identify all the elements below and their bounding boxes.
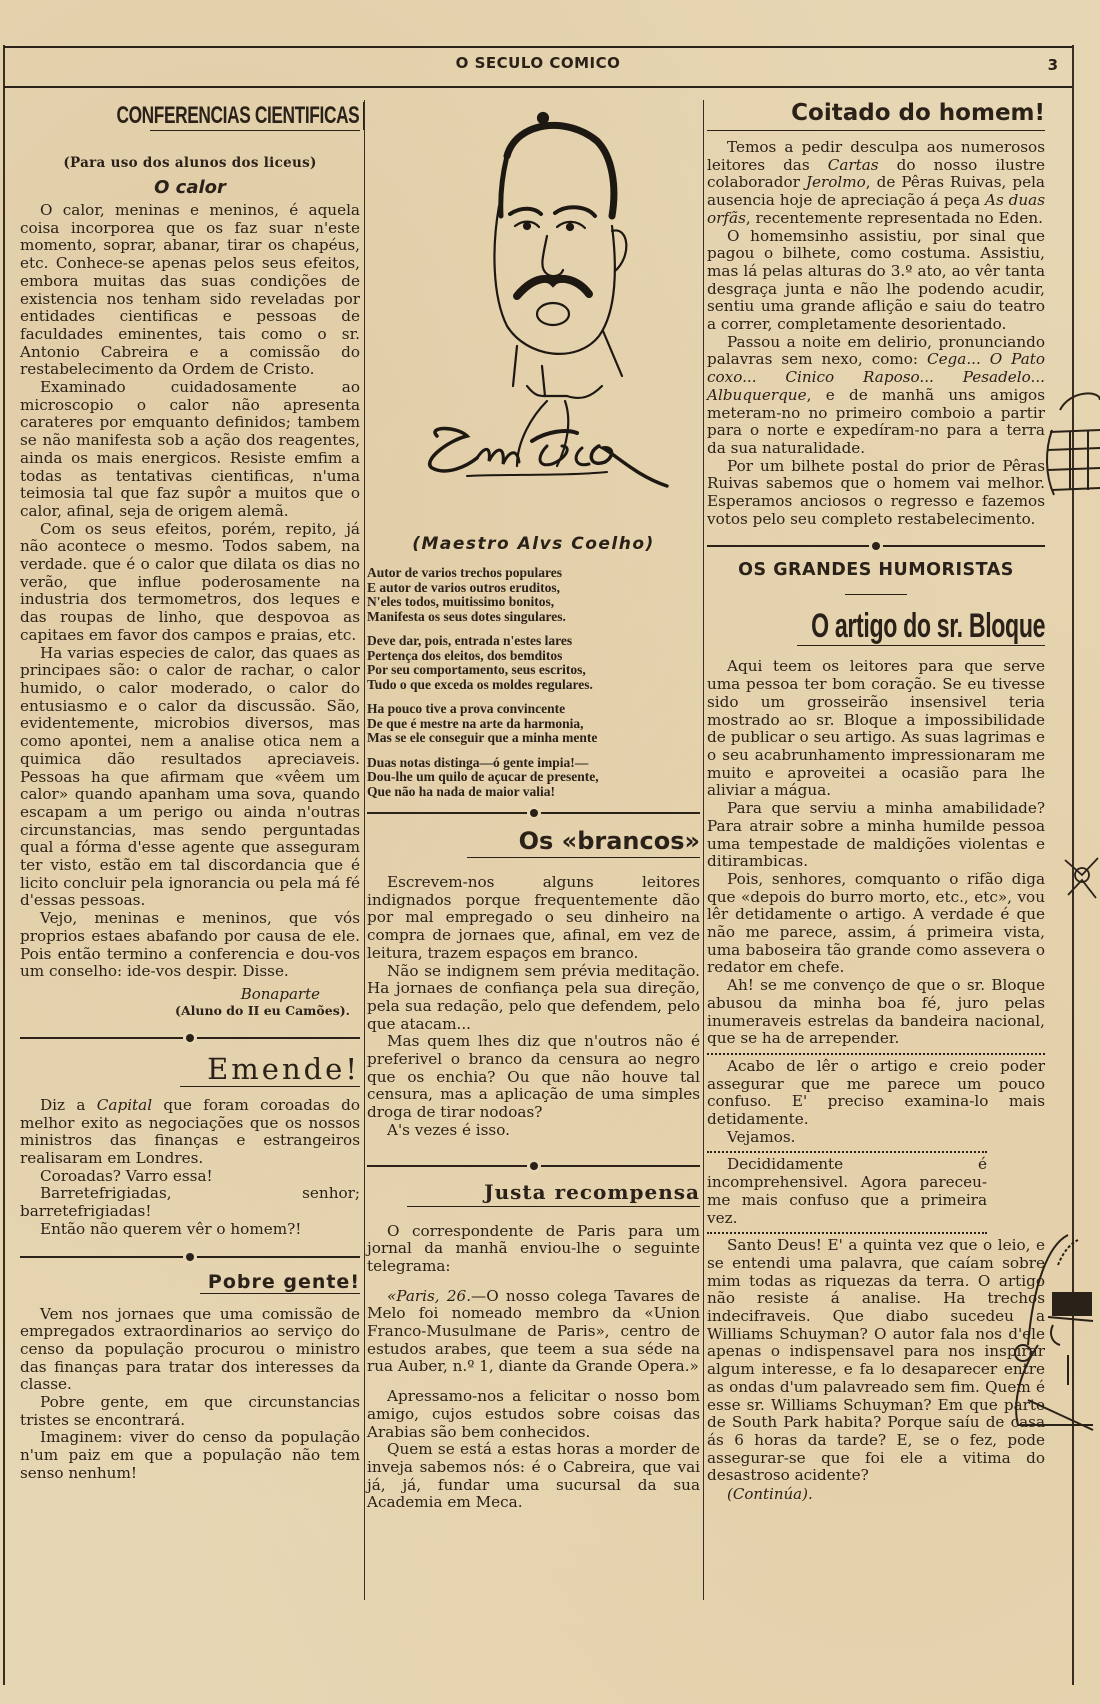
masthead: O SECULO COMICO 3: [0, 54, 1076, 80]
article-title: O artigo do sr. Bloque: [811, 607, 1045, 646]
poem: Autor de varios trechos populares E auto…: [367, 566, 700, 799]
article-conferencias: CONFERENCIAS CIENTIFICAS (Para uso dos a…: [20, 102, 360, 1018]
masthead-top-rule: [4, 46, 1072, 48]
middle-column: Em foco (Maestro Alvs Coelho) Autor de v…: [367, 96, 700, 1512]
barrel-illustration-icon: [1040, 390, 1100, 500]
paragraph: Vejo, meninas e meninos, que vós proprio…: [20, 910, 360, 981]
newspaper-name: Capital: [97, 1096, 152, 1114]
paragraph: Imaginem: viver do censo da população n'…: [20, 1429, 360, 1482]
author-note: (Aluno do II eu Camões).: [20, 1003, 360, 1018]
title-underline: [200, 1293, 360, 1294]
page-border-left: [3, 45, 5, 1685]
paragraph: Barretefrigiadas, senhor; barretefrigiad…: [20, 1185, 360, 1220]
paragraph: Vem nos jornaes que uma comissão de empr…: [20, 1306, 360, 1395]
article-pobre-gente: Pobre gente! Vem nos jornaes que uma com…: [20, 1271, 360, 1483]
paragraph: A's vezes é isso.: [367, 1122, 700, 1140]
title-underline: [407, 1206, 700, 1207]
svg-text:Em foco: Em foco: [367, 96, 433, 100]
section-title: OS GRANDES HUMORISTAS: [707, 560, 1045, 580]
article-title: Pobre gente!: [20, 1271, 360, 1293]
caricature-caption: (Maestro Alvs Coelho): [367, 534, 700, 554]
article-title: Os «brancos»: [367, 827, 700, 855]
paragraph: Decididamente é incomprehensivel. Agora …: [707, 1156, 987, 1227]
title-underline: [180, 1086, 360, 1087]
ornamental-divider: [20, 1253, 360, 1261]
soldier-illustration-icon: [998, 1225, 1100, 1435]
paragraph: Temos a pedir desculpa aos numerosos lei…: [707, 139, 1045, 228]
masthead-bottom-rule: [4, 86, 1072, 88]
article-title: CONFERENCIAS CIENTIFICAS: [116, 102, 359, 130]
article-justa-recompensa: Justa recompensa O correspondente de Par…: [367, 1180, 700, 1513]
article-emende: Emende! Diz a Capital que foram coroadas…: [20, 1052, 360, 1239]
paragraph: Coroadas? Varro essa!: [20, 1168, 360, 1186]
paragraph: O correspondente de Paris para um jornal…: [367, 1223, 700, 1276]
caricature-portrait-icon: Em foco: [367, 96, 700, 526]
page-number: 3: [1048, 56, 1058, 74]
paragraph: Acabo de lêr o artigo e creio poder asse…: [707, 1058, 1045, 1129]
poem-stanza: Autor de varios trechos populares E auto…: [367, 566, 700, 624]
poem-stanza: Ha pouco tive a prova convincente De que…: [367, 702, 700, 746]
left-column: CONFERENCIAS CIENTIFICAS (Para uso dos a…: [20, 96, 360, 1483]
paragraph: Vejamos.: [707, 1129, 1045, 1147]
article-brancos: Os «brancos» Escrevem-nos alguns leitore…: [367, 827, 700, 1140]
caricature-figure: Em foco: [367, 96, 700, 528]
article-title: Justa recompensa: [367, 1180, 700, 1204]
ornamental-divider: [20, 1034, 360, 1042]
poem-stanza: Duas notas distinga—ó gente impia!— Dou-…: [367, 756, 700, 800]
paragraph: Quem se está a estas horas a morder de i…: [367, 1441, 700, 1512]
paragraph: Ah! se me convenço de que o sr. Bloque a…: [707, 977, 1045, 1048]
paragraph: O calor, meninas e meninos, é aquela coi…: [20, 202, 360, 379]
paragraph: Aqui teem os leitores para que serve uma…: [707, 658, 1045, 800]
ornamental-divider: [367, 809, 700, 817]
paragraph: Pois, senhores, comquanto o rifão diga q…: [707, 871, 1045, 977]
paragraph: Então não querem vêr o homem?!: [20, 1221, 360, 1239]
paragraph: Apressamo-nos a felicitar o nosso bom am…: [367, 1388, 700, 1441]
paragraph: Ha varias especies de calor, das quaes a…: [20, 645, 360, 911]
poem-stanza: Deve dar, pois, entrada n'estes lares Pe…: [367, 634, 700, 692]
newspaper-title: O SECULO COMICO: [0, 54, 1076, 72]
small-figure-illustration-icon: [1060, 850, 1100, 910]
article-humoristas: OS GRANDES HUMORISTAS O artigo do sr. Bl…: [707, 560, 1045, 1503]
ornamental-divider: [707, 542, 1045, 550]
article-title: Coitado do homem!: [707, 100, 1045, 126]
paragraph: O homemsinho assistiu, por sinal que pag…: [707, 228, 1045, 334]
dotted-separator: [707, 1053, 1045, 1055]
paragraph: Examinado cuidadosamente ao microscopio …: [20, 379, 360, 521]
title-underline: [150, 130, 360, 131]
title-underline: [707, 130, 1045, 131]
column-divider-right: [703, 100, 704, 1600]
paragraph: Pobre gente, em que circunstancias trist…: [20, 1394, 360, 1429]
column-divider-left: [364, 100, 365, 1600]
paragraph: Escrevem-nos alguns leitores indignados …: [367, 874, 700, 963]
paragraph: Para que serviu a minha amabilidade? Par…: [707, 800, 1045, 871]
article-title: Emende!: [20, 1052, 360, 1086]
telegram-dateline: «Paris, 26.: [387, 1287, 471, 1305]
paragraph: Santo Deus! E' a quinta vez que o leio, …: [707, 1237, 1045, 1485]
dotted-separator: [707, 1151, 987, 1153]
ornamental-divider: [367, 1162, 700, 1170]
paragraph: Mas quem lhes diz que n'outros não é pre…: [367, 1033, 700, 1122]
paragraph: Passou a noite em delirio, pronunciando …: [707, 334, 1045, 458]
paragraph: Com os seus efeitos, porém, repito, já n…: [20, 521, 360, 645]
telegram-paragraph: «Paris, 26.—O nosso colega Tavares de Me…: [367, 1288, 700, 1377]
article-heading: O calor: [20, 177, 360, 198]
article-coitado: Coitado do homem! Temos a pedir desculpa…: [707, 100, 1045, 528]
title-underline: [467, 857, 700, 858]
section-rule: [845, 594, 907, 595]
paragraph: Não se indignem sem prévia meditação. Ha…: [367, 963, 700, 1034]
dotted-separator: [707, 1232, 987, 1234]
article-subtitle: (Para uso dos alunos dos liceus): [20, 155, 360, 171]
author-signature: Bonaparte: [20, 985, 360, 1003]
continued-note: (Continúa).: [707, 1485, 1045, 1503]
paragraph: Por um bilhete postal do prior de Pêras …: [707, 458, 1045, 529]
paragraph: Diz a Capital que foram coroadas do melh…: [20, 1097, 360, 1168]
